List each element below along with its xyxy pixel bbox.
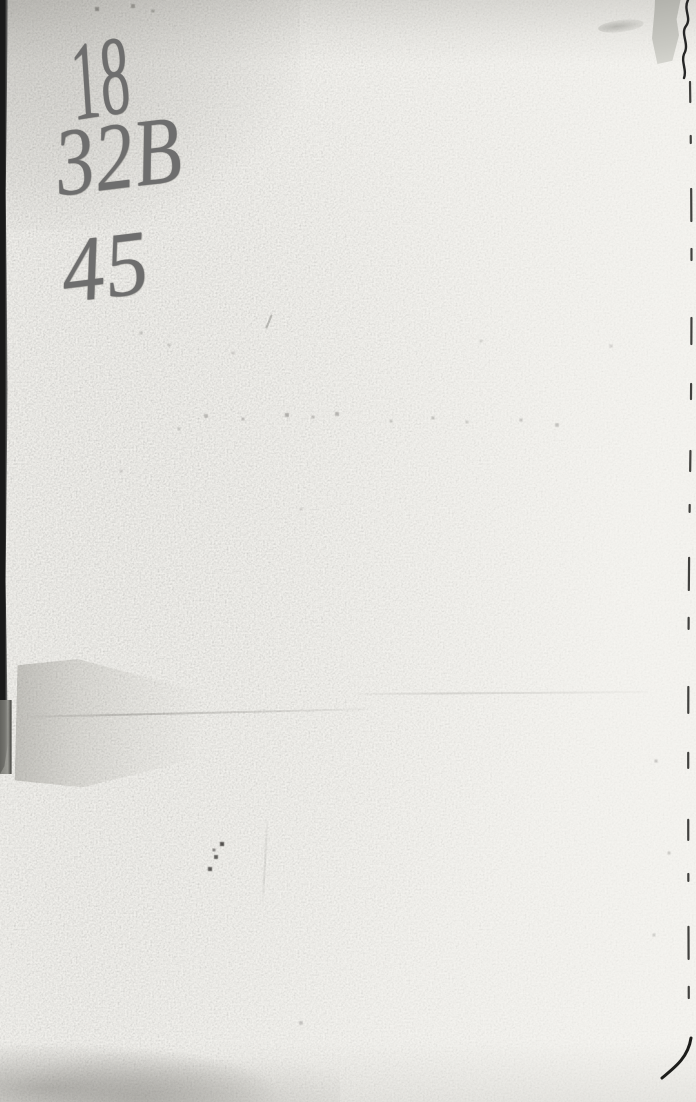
handwritten-number-32b: 32B (50, 101, 187, 212)
scanned-page: 18 32B 45 (0, 0, 696, 1102)
handwritten-number-45: 45 (56, 215, 155, 317)
